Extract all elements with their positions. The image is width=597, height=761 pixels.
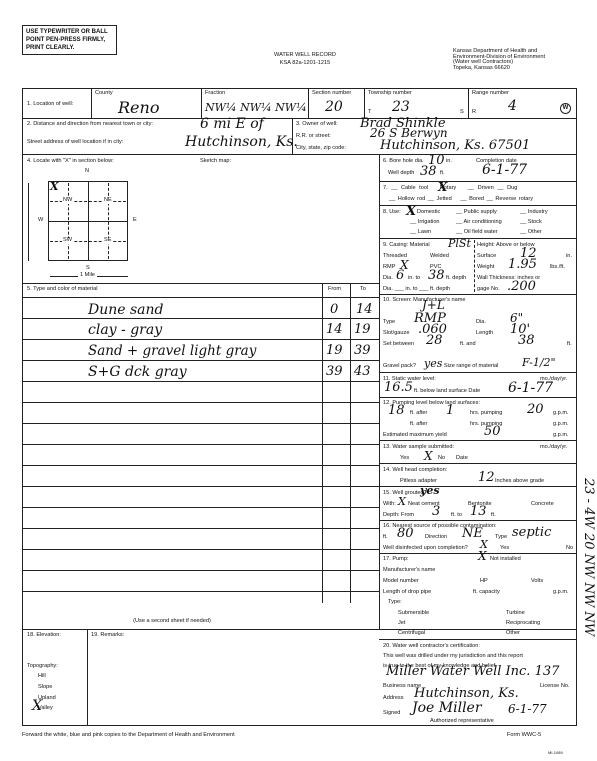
gage-value[interactable]: .200: [507, 279, 536, 294]
bore-hole-label: 6. Bore hole dia.: [383, 158, 424, 164]
signature-value[interactable]: Joe Miller: [412, 700, 482, 716]
screen-type-label: Type: [383, 320, 395, 326]
capacity-label: ft. capacity: [473, 590, 500, 596]
material-row-2[interactable]: clay - gray: [88, 322, 162, 338]
method-dug[interactable]: __ Dug: [497, 185, 517, 191]
hrs-pumping-label: hrs. pumping: [470, 411, 502, 417]
grout-concrete[interactable]: Concrete: [531, 502, 554, 508]
quadrant-nw: NW: [62, 198, 73, 204]
compass-south: S: [86, 266, 90, 272]
neat-cement-x-mark: X: [398, 495, 406, 508]
casing-welded[interactable]: Welded: [430, 254, 449, 260]
casing-divider: [474, 240, 475, 292]
use-irrigation[interactable]: __ Irrigation: [410, 220, 440, 226]
to-row-2[interactable]: 19: [354, 322, 371, 337]
casing-material-value[interactable]: PlSt: [448, 237, 471, 250]
set-from-value[interactable]: 28: [426, 333, 443, 348]
material-row-1[interactable]: Dune sand: [88, 302, 164, 318]
well-head-label: 14. Well head completion:: [383, 468, 447, 474]
drop-pipe-label: Length of drop pipe: [383, 590, 431, 596]
sample-date-label: Date: [456, 456, 468, 462]
set-to-value[interactable]: 38: [518, 333, 535, 348]
contamination-type-label: Type: [495, 535, 507, 541]
agency-block: Kansas Department of Health and Environm…: [453, 49, 545, 71]
grout-with-label: With:: [383, 502, 396, 508]
below-surface-label: ft. below land surface Date: [414, 389, 480, 395]
contamination-ft-value[interactable]: 80: [397, 526, 414, 541]
pump-label: 17. Pump:: [383, 557, 409, 563]
casing-rmp[interactable]: RMP: [383, 265, 395, 271]
city-state-zip-label: City, state, zip code:: [296, 146, 346, 152]
certification-text: This well was drilled under my jurisdict…: [383, 654, 523, 660]
fraction-value[interactable]: NW¼ NW¼ NW¼: [205, 101, 307, 114]
section-number-value[interactable]: 20: [325, 99, 343, 115]
use-label: 8. Use:: [383, 210, 401, 216]
compass-north: N: [85, 169, 89, 175]
casing-depth-value[interactable]: 38: [428, 268, 445, 283]
pumping-gpm-value[interactable]: 20: [527, 402, 544, 417]
notice-line: USE TYPEWRITER OR BALL: [26, 28, 113, 36]
compass-west: W: [38, 218, 43, 224]
gravel-pack-value[interactable]: yes: [424, 357, 442, 370]
topo-hill[interactable]: Hill: [38, 674, 46, 680]
quadrant-sw: SW: [62, 238, 73, 244]
dia-unit: in. to: [408, 276, 420, 282]
pump-not-installed[interactable]: Not installed: [490, 557, 521, 563]
gpm-label: g.p.m.: [553, 411, 569, 417]
method-jetted[interactable]: __ Jetted: [428, 196, 452, 202]
material-row-4[interactable]: S+G dck gray: [88, 364, 187, 380]
township-suffix: S: [460, 110, 464, 116]
disinfected-yes[interactable]: Yes: [500, 546, 509, 552]
inches-above-grade-value[interactable]: 12: [478, 470, 495, 485]
pump-type-reciprocating[interactable]: Reciprocating: [506, 621, 540, 627]
pump-type-turbine[interactable]: Turbine: [506, 611, 525, 617]
gage-label: gage No.: [477, 287, 500, 293]
dia-label: Dia.: [383, 276, 393, 282]
ft-after-label-2: ft. after: [410, 422, 427, 428]
size-range-value[interactable]: F-1/2": [522, 356, 556, 369]
pump-type-submersible[interactable]: Submersible: [398, 611, 429, 617]
disinfected-label: Well disinfected upon completion?: [383, 546, 468, 552]
print-code: MI-1089: [548, 751, 563, 755]
gravel-pack-label: Gravel pack?: [383, 364, 416, 370]
valley-x-mark: X: [32, 698, 42, 714]
well-depth-value[interactable]: 38: [420, 164, 437, 179]
range-label: Range number: [472, 91, 509, 97]
method-cable-tool[interactable]: 7. __ Cable tool: [383, 185, 428, 191]
from-row-4[interactable]: 39: [326, 364, 343, 379]
sample-no-x-mark: X: [424, 449, 433, 463]
static-level-date[interactable]: 6-1-77: [508, 380, 553, 396]
to-header: To: [360, 287, 366, 293]
sketch-map-label: Sketch map:: [200, 159, 231, 165]
pump-hp-label: HP: [480, 579, 488, 585]
distance-label: 2. Distance and direction from nearest t…: [27, 122, 153, 128]
contamination-type-value[interactable]: septic: [512, 525, 551, 540]
rr-street-label: R.R. or street:: [296, 134, 331, 140]
street-address-label: Street address of well location if in ci…: [27, 140, 123, 146]
surface-unit: in.: [566, 254, 572, 260]
dia2-label: Dia. ___ in. to ___ ft. depth: [383, 287, 450, 293]
township-prefix: T: [368, 110, 371, 116]
size-range-label: Size range of material: [444, 364, 498, 370]
weight-unit: lbs./ft.: [550, 265, 565, 271]
to-row-3[interactable]: 39: [354, 343, 371, 358]
pump-type-label: Type:: [388, 600, 402, 606]
static-level-value[interactable]: 16.5: [384, 380, 413, 395]
statute-ref: KSA 82a-1201-1215: [255, 61, 355, 67]
ft-and-label: ft. and: [460, 342, 476, 348]
agency-line: Topeka, Kansas 66620: [453, 66, 545, 72]
topo-slope[interactable]: Slope: [38, 685, 52, 691]
domestic-x-mark: X: [406, 204, 416, 219]
grout-to-value[interactable]: 13: [470, 504, 487, 519]
depth-unit: ft.: [440, 171, 445, 177]
depth-unit: ft. depth: [446, 276, 466, 282]
compass-east: E: [133, 218, 137, 224]
use-oil-field-water[interactable]: __ Oil field water: [456, 230, 498, 236]
county-label: County: [95, 91, 113, 97]
range-prefix: R: [472, 110, 476, 116]
date-format-2: mo./day/yr.: [540, 445, 567, 451]
use-industry[interactable]: __ Industry: [520, 210, 548, 216]
mile-label-horizontal: 1 Mile: [78, 273, 97, 279]
screen-manufacturer-value[interactable]: J+L: [422, 298, 445, 312]
pump-type-other[interactable]: Other: [506, 631, 520, 637]
township-label: Township number: [368, 91, 412, 97]
business-name-value[interactable]: Miller Water Well Inc. 137: [386, 664, 559, 679]
use-stock[interactable]: __ Stock: [520, 220, 542, 226]
street-address-value[interactable]: Hutchinson, Ks.: [185, 134, 298, 150]
address-label: Address: [383, 696, 404, 702]
signed-label: Signed: [383, 711, 400, 717]
license-no-label: License No.: [540, 684, 570, 690]
pumping-ft-value[interactable]: 18: [388, 403, 405, 418]
inches-above-grade-label: Inches above grade: [495, 479, 544, 485]
second-sheet-note: (Use a second sheet if needed): [22, 619, 322, 625]
fraction-label: Fraction: [205, 91, 225, 97]
authorized-rep-label: Authorized representative: [430, 719, 494, 725]
rotary-x-mark: X: [438, 180, 447, 194]
pump-manufacturer-label: Manufacturer's name: [383, 568, 435, 574]
sample-no[interactable]: No: [438, 456, 445, 462]
certification-label: 20. Water well contractor's certificatio…: [383, 644, 480, 650]
pump-model-label: Model number: [383, 579, 419, 585]
notice-line: POINT PEN-PRESS FIRMLY,: [26, 36, 113, 44]
from-row-3[interactable]: 19: [326, 343, 343, 358]
casing-material-label: 9. Casing: Material: [383, 243, 430, 249]
address-value[interactable]: Hutchinson, Ks.: [414, 686, 519, 701]
pump-type-centrifugal[interactable]: Centrifugal: [398, 631, 425, 637]
remarks-label: 19. Remarks:: [91, 633, 124, 639]
set-between-label: Set between: [383, 342, 414, 348]
pump-type-jet[interactable]: Jet: [398, 621, 405, 627]
to-row-4[interactable]: 43: [354, 364, 371, 379]
township-value[interactable]: 23: [392, 99, 410, 115]
pump-not-installed-x-mark: X: [478, 549, 487, 563]
disinfected-no[interactable]: No: [566, 546, 573, 552]
well-grouted-value[interactable]: yes: [420, 484, 440, 497]
bore-unit: in.: [446, 159, 452, 165]
sample-yes[interactable]: Yes: [400, 456, 409, 462]
locate-label: 4. Locate with "X" in section below:: [27, 159, 114, 165]
distance-value[interactable]: 6 mi E of: [200, 116, 264, 132]
pump-gpm-label: g.p.m.: [553, 590, 569, 596]
from-row-1[interactable]: 0: [330, 302, 338, 317]
use-domestic[interactable]: Domestic: [417, 210, 440, 216]
elevation-label: 18. Elevation:: [27, 633, 61, 639]
pumping-hrs-value[interactable]: 1: [446, 403, 454, 418]
topography-label: Topography:: [27, 664, 58, 670]
use-other[interactable]: __ Other: [520, 230, 542, 236]
pump-volts-label: Volts: [531, 579, 543, 585]
mile-scale-vertical: [28, 183, 29, 261]
quadrant-se: SE: [103, 238, 112, 244]
weight-value[interactable]: 1.95: [508, 257, 537, 272]
ft-label: ft.: [567, 342, 572, 348]
grout-from-value[interactable]: 3: [432, 504, 440, 519]
margin-location-note: 23 - 4W 20 NW NW NW: [581, 478, 596, 636]
completion-date-value[interactable]: 6-1-77: [482, 162, 527, 178]
form-title: WATER WELL RECORD: [255, 53, 355, 59]
weight-label: Weight: [477, 265, 494, 271]
direction-label: Direction: [425, 535, 447, 541]
to-row-1[interactable]: 14: [356, 302, 373, 317]
use-lawn[interactable]: __ Lawn: [410, 230, 431, 236]
county-value[interactable]: Reno: [118, 98, 159, 117]
slot-gauze-label: Slot/gauze: [383, 331, 409, 337]
signature-date[interactable]: 6-1-77: [508, 702, 547, 716]
well-depth-label: Well depth: [388, 171, 414, 177]
ft-after-label: ft. after: [410, 411, 427, 417]
max-yield-label: Estimated maximum yield: [383, 433, 447, 439]
max-yield-value[interactable]: 50: [484, 424, 501, 439]
method-bored[interactable]: __ Bored: [460, 196, 484, 202]
instruction-notice: USE TYPEWRITER OR BALL POINT PEN-PRESS F…: [22, 25, 117, 55]
grout-depth-label: Depth: From: [383, 513, 414, 519]
use-air-conditioning[interactable]: __ Air conditioning: [456, 220, 502, 226]
gpm-label-3: g.p.m.: [553, 433, 569, 439]
from-header: From: [328, 287, 341, 293]
use-public-supply[interactable]: __ Public supply: [456, 210, 497, 216]
section-number-label: Section number: [312, 91, 351, 97]
owner-label: 3. Owner of well:: [296, 122, 338, 128]
location-label: 1. Location of well:: [27, 102, 73, 108]
quadrant-ne: NE: [103, 198, 113, 204]
range-value[interactable]: 4: [508, 98, 517, 114]
contamination-ft-label: ft.: [383, 535, 388, 541]
screen-length-label: Length: [476, 331, 493, 337]
notice-line: PRINT CLEARLY.: [26, 44, 113, 52]
forward-instructions: Forward the white, blue and pink copies …: [22, 733, 235, 739]
material-label: 5. Type and color of material: [27, 287, 97, 293]
casing-dia-value[interactable]: 6: [396, 268, 404, 283]
location-x-mark: X: [50, 180, 59, 193]
city-state-zip-value[interactable]: Hutchinson, Ks. 67501: [380, 138, 530, 153]
from-row-2[interactable]: 14: [326, 322, 343, 337]
method-driven[interactable]: __ Driven: [468, 185, 494, 191]
surface-label: Surface: [477, 254, 496, 260]
range-direction-circle-icon: W: [560, 103, 571, 114]
screen-dia-label: Dia.: [476, 320, 486, 326]
material-row-3[interactable]: Sand + gravel light gray: [88, 343, 256, 359]
water-sample-label: 13. Water sample submitted:: [383, 445, 454, 451]
method-reverse-rotary[interactable]: __ Reverse rotary: [487, 196, 533, 202]
method-hollow-rod[interactable]: __ Hollow rod: [389, 196, 425, 202]
form-number: Form WWC-5: [507, 733, 541, 739]
gpm-label-2: g.p.m.: [553, 422, 569, 428]
